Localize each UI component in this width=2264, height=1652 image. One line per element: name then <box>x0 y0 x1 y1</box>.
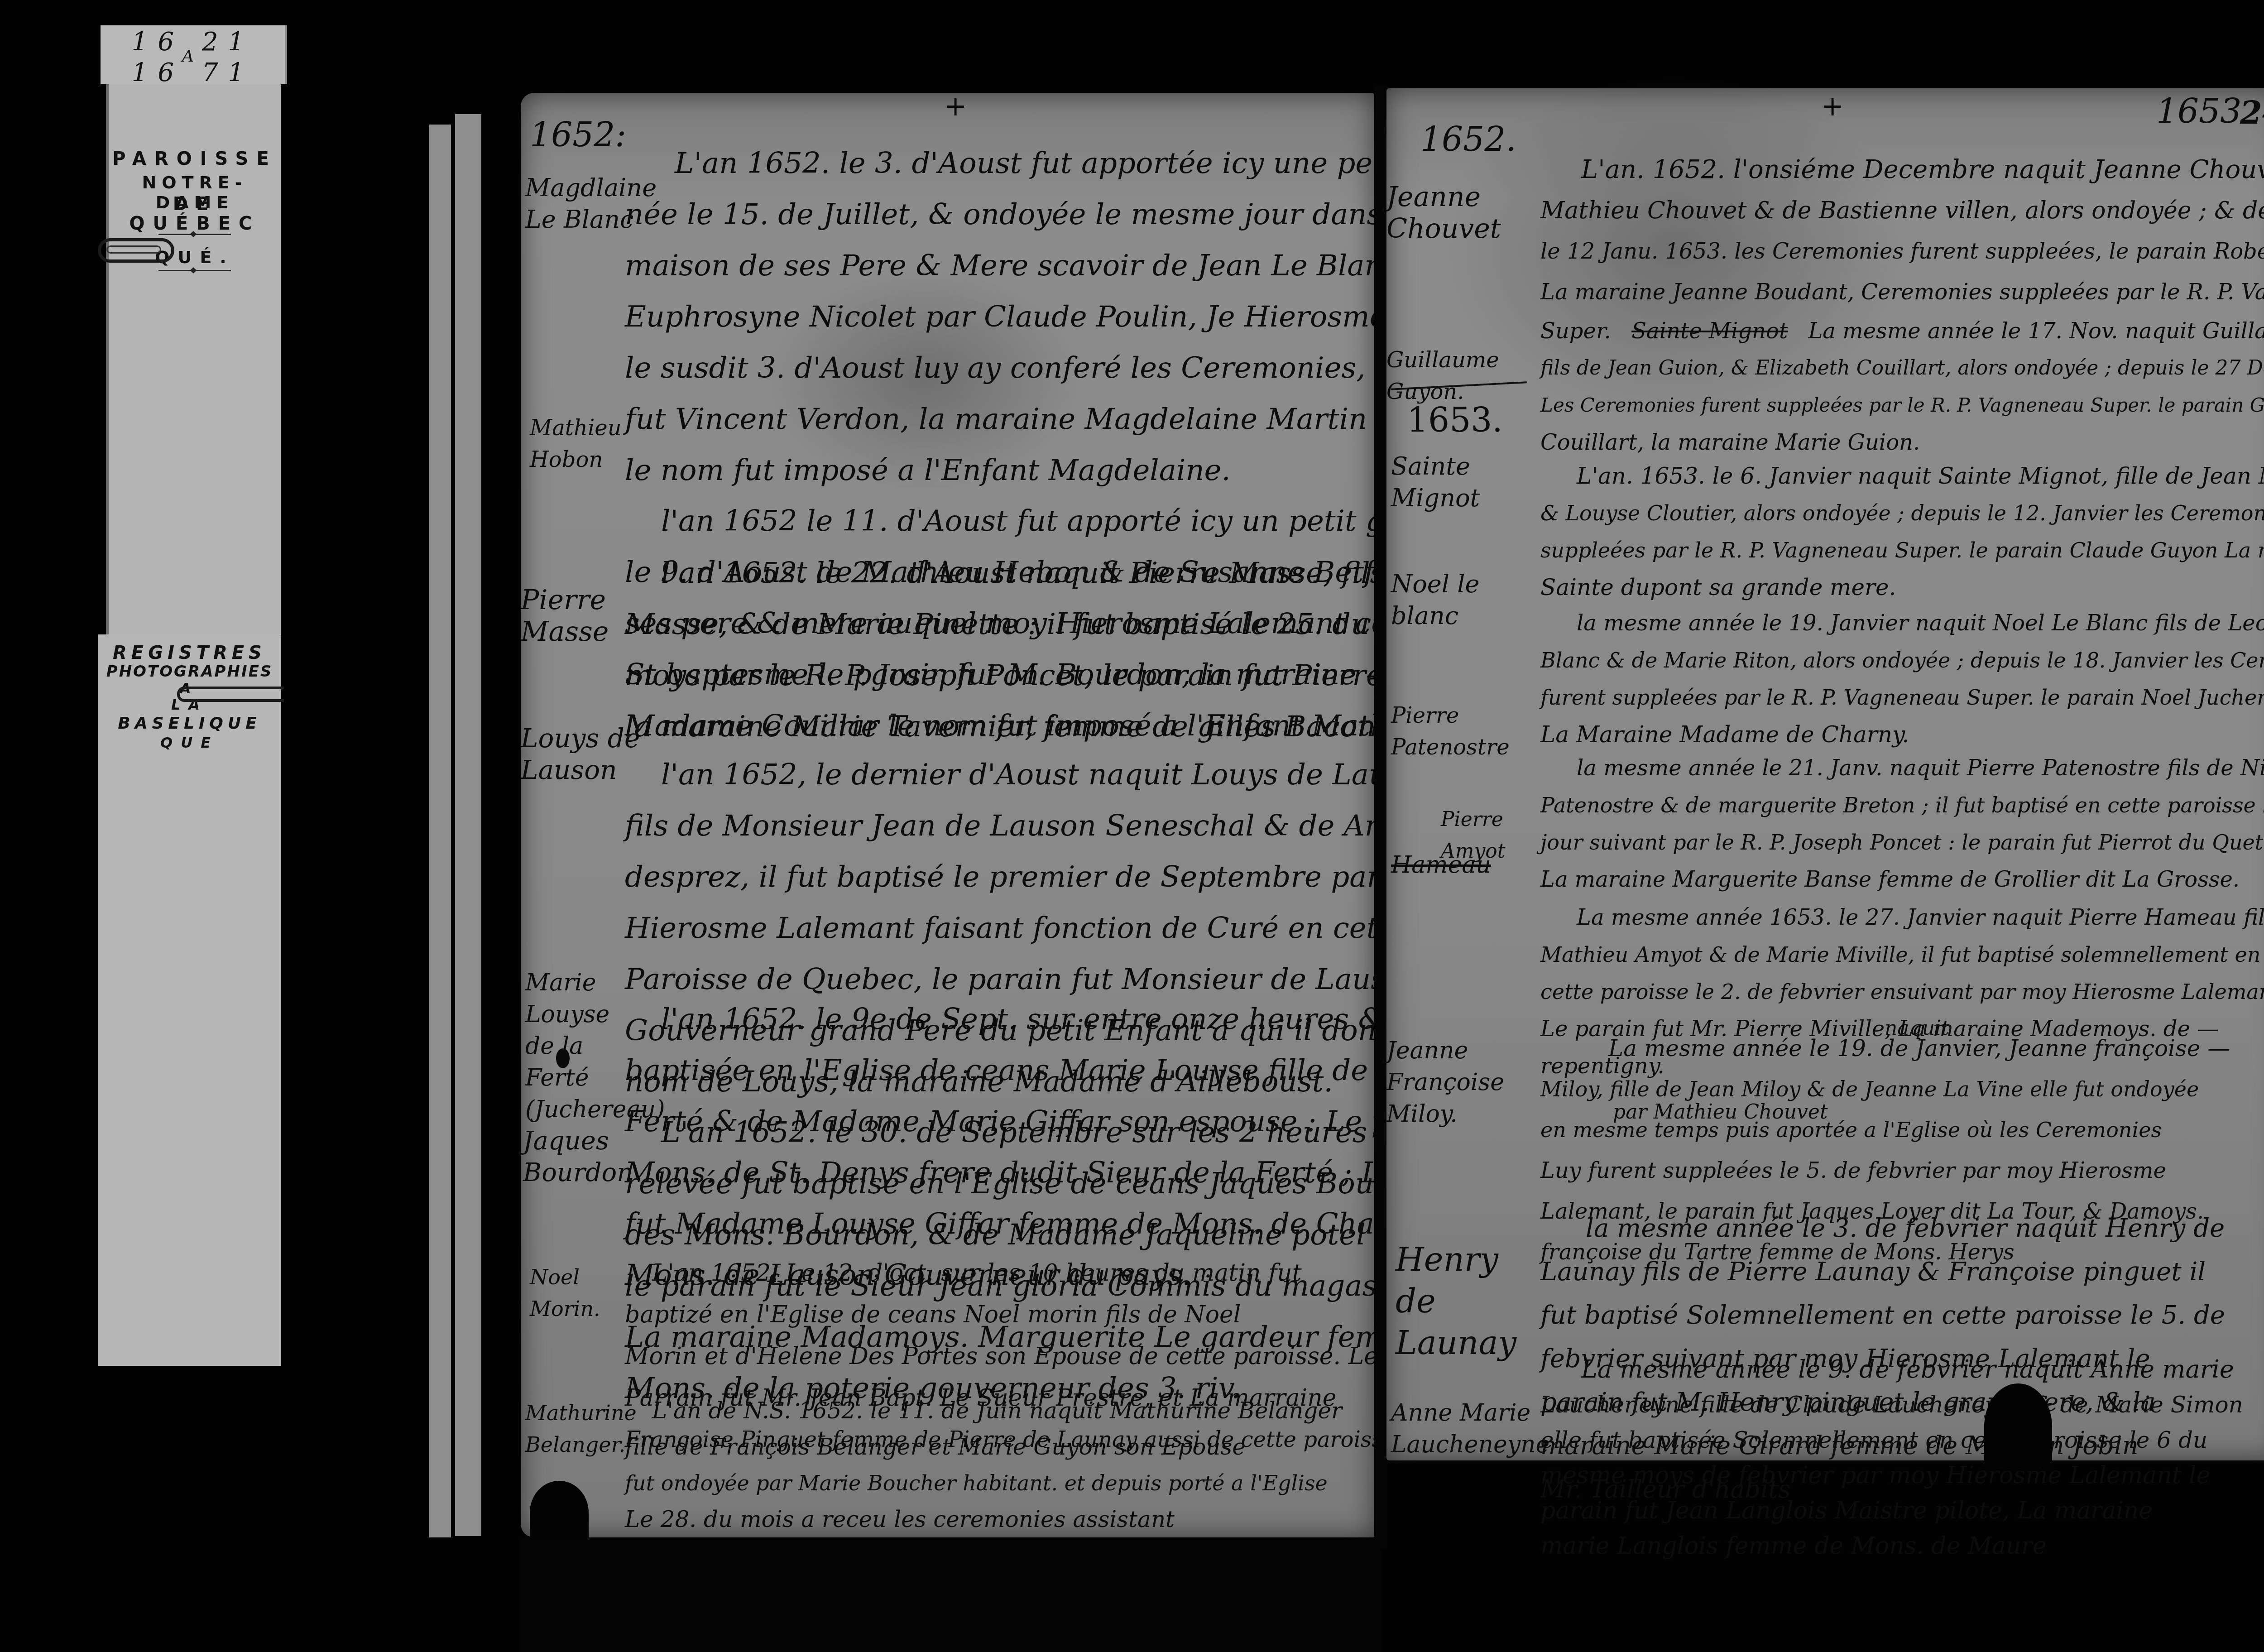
label-divider <box>158 234 231 235</box>
struck-text: Sainte Mignot <box>1631 318 1788 344</box>
label-city: QUÉBEC <box>109 213 281 234</box>
year-header: 1652: <box>530 115 626 154</box>
paperclip-icon <box>177 687 284 702</box>
margin-name: Magdlaine Le Blanc <box>525 172 638 235</box>
year-header: 1652. <box>1420 120 1516 159</box>
page-cross-mark: + <box>1821 91 1844 122</box>
label-de: DE <box>109 194 281 215</box>
label-parish: PAROISSE <box>109 149 281 169</box>
page-cross-mark: + <box>944 91 967 122</box>
paperclip-icon <box>98 238 174 263</box>
book-bottom-shadow <box>521 1537 1381 1652</box>
margin-name: Jeanne Françoise Miloy. <box>1386 1035 1536 1130</box>
label-divider <box>158 270 231 271</box>
label-years-tab: 16 21 A 16 71 <box>101 25 287 84</box>
margin-name: Henry de Launay <box>1396 1239 1531 1364</box>
baptism-entry: L'an. 1653. le 6. Janvier naquit Sainte … <box>1540 457 2264 606</box>
label-parish-card: PAROISSE NOTRE-DAME DE QUÉBEC QUÉ. <box>106 84 281 637</box>
baptism-entry: la mesme année le 19. Janvier naquit Noe… <box>1540 605 2264 753</box>
margin-insert: Pierre Amyot <box>1441 804 1545 867</box>
margin-name: Pierre Patenostre <box>1391 700 1545 763</box>
baptism-entry: La mesme année le 9. de febvrier naquit … <box>1540 1352 2243 1564</box>
ink-blot <box>556 1048 570 1068</box>
folio-number: 24 <box>2240 94 2264 131</box>
binding-hole <box>1984 1383 2052 1470</box>
margin-name: Guillaume Guyon. <box>1386 344 1540 408</box>
baptism-entry: L'an. 1652. l'onsiéme Decembre naquit Je… <box>1540 149 2264 312</box>
label-registres: REGISTRES <box>98 643 281 663</box>
register-page-left: + 1652: Magdlaine Le Blanc L'an 1652. le… <box>521 93 1374 1537</box>
margin-name: Anne Marie Laucheneyne <box>1391 1397 1536 1460</box>
page-edge-left <box>429 125 451 1537</box>
microfilm-index-label: 16 21 A 16 71 PAROISSE NOTRE-DAME DE QUÉ… <box>101 25 286 1366</box>
label-archive-card: REGISTRES PHOTOGRAPHIES A LA BASELIQUE Q… <box>98 634 281 1366</box>
baptism-entry: Super. Sainte Mignot La mesme année le 1… <box>1540 312 2264 461</box>
margin-name: Pierre Amyot Hameau <box>1391 831 1545 881</box>
label-que: QUE <box>98 734 281 751</box>
label-year-to: 16 71 <box>101 58 285 87</box>
register-page-right: + 1652. 1653 24 Jeanne Chouvet L'an. 165… <box>1386 88 2264 1460</box>
margin-name: Sainte Mignot <box>1391 451 1527 514</box>
page-edge-left <box>455 114 481 1536</box>
book-gutter <box>1374 86 1387 1549</box>
margin-name: Marie Louyse de la Ferté (Juchereau) <box>525 967 634 1125</box>
year-mark-1653: 1653. <box>1407 401 1503 440</box>
margin-name: Mathieu Hobon <box>530 412 638 475</box>
year-header-right: 1653 <box>2156 92 2241 131</box>
baptism-entry: la mesme année le 21. Janv. naquit Pierr… <box>1540 749 2264 898</box>
label-photographies: PHOTOGRAPHIES <box>98 663 281 681</box>
label-basilique: BASELIQUE <box>98 714 281 733</box>
margin-name: Noel le blanc <box>1391 568 1536 632</box>
binding-hole <box>530 1481 589 1544</box>
